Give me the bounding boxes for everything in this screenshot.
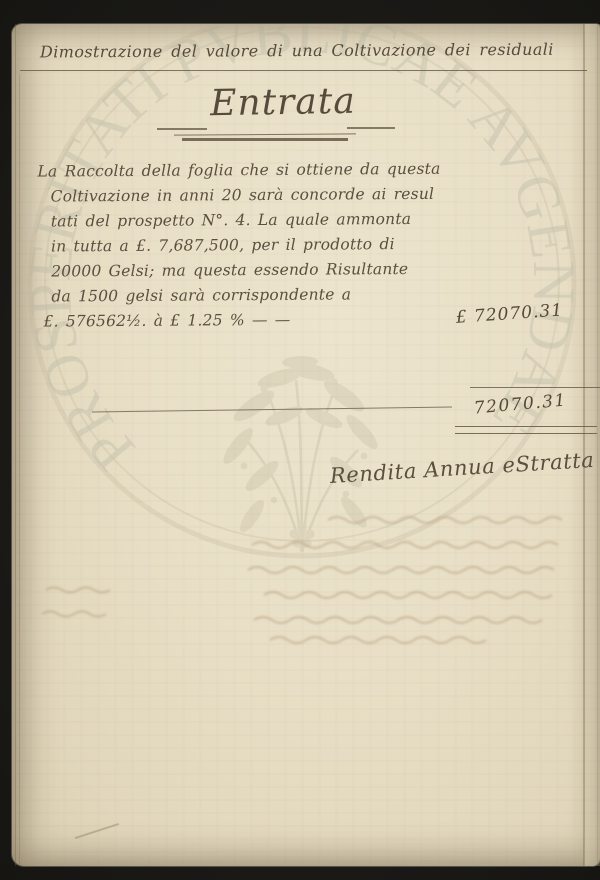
- manuscript-page: PROSPERITATI PVBLICAE AVGENDAE: [12, 24, 600, 866]
- section-title: Entrata: [198, 81, 369, 130]
- total-value: 72070.31: [473, 387, 600, 424]
- paragraph-line: tati del prospetto N°. 4. La quale ammon…: [38, 206, 484, 234]
- paragraph-line: da 1500 gelsi sarà corrispondente a: [38, 281, 484, 309]
- watermark-bouquet: [219, 355, 382, 552]
- paragraph-line: La Raccolta della foglia che si ottiene …: [37, 156, 483, 184]
- page-stack-edge: [19, 74, 20, 866]
- total-double-rule: [455, 426, 597, 434]
- header-rule: [20, 70, 587, 71]
- sum-rule: [92, 406, 452, 412]
- corner-curl: [75, 823, 119, 839]
- page-fold-edge: [583, 24, 585, 866]
- paper-texture: [12, 24, 600, 866]
- footer-caption: Rendita Annua eStratta: [329, 448, 593, 498]
- title-dash-left: [157, 128, 207, 130]
- watermark-seal: PROSPERITATI PVBLICAE AVGENDAE: [12, 24, 600, 866]
- paragraph-line: in tutta a £. 7,687,500, per il prodotto…: [38, 231, 484, 259]
- total-top-rule: [470, 387, 600, 388]
- page-header-title: Dimostrazione del valore di una Coltivaz…: [40, 40, 585, 67]
- paragraph-line: £. 576562½. à £ 1.25 % — —: [38, 306, 484, 334]
- show-through-writing: [12, 24, 600, 866]
- next-page-edge: [597, 24, 598, 866]
- paragraph-line: Coltivazione in anni 20 sarà concorde ai…: [38, 181, 484, 209]
- title-underline: [174, 133, 356, 136]
- title-underline: [182, 138, 348, 141]
- page-stack-edge: [15, 24, 16, 866]
- title-dash-right: [347, 127, 395, 129]
- scanned-book-photo: PROSPERITATI PVBLICAE AVGENDAE: [0, 0, 600, 880]
- watermark-rosette: [289, 523, 314, 547]
- body-paragraph: La Raccolta della foglia che si ottiene …: [37, 156, 484, 334]
- paragraph-line: 20000 Gelsi; ma questa essendo Risultant…: [38, 256, 484, 284]
